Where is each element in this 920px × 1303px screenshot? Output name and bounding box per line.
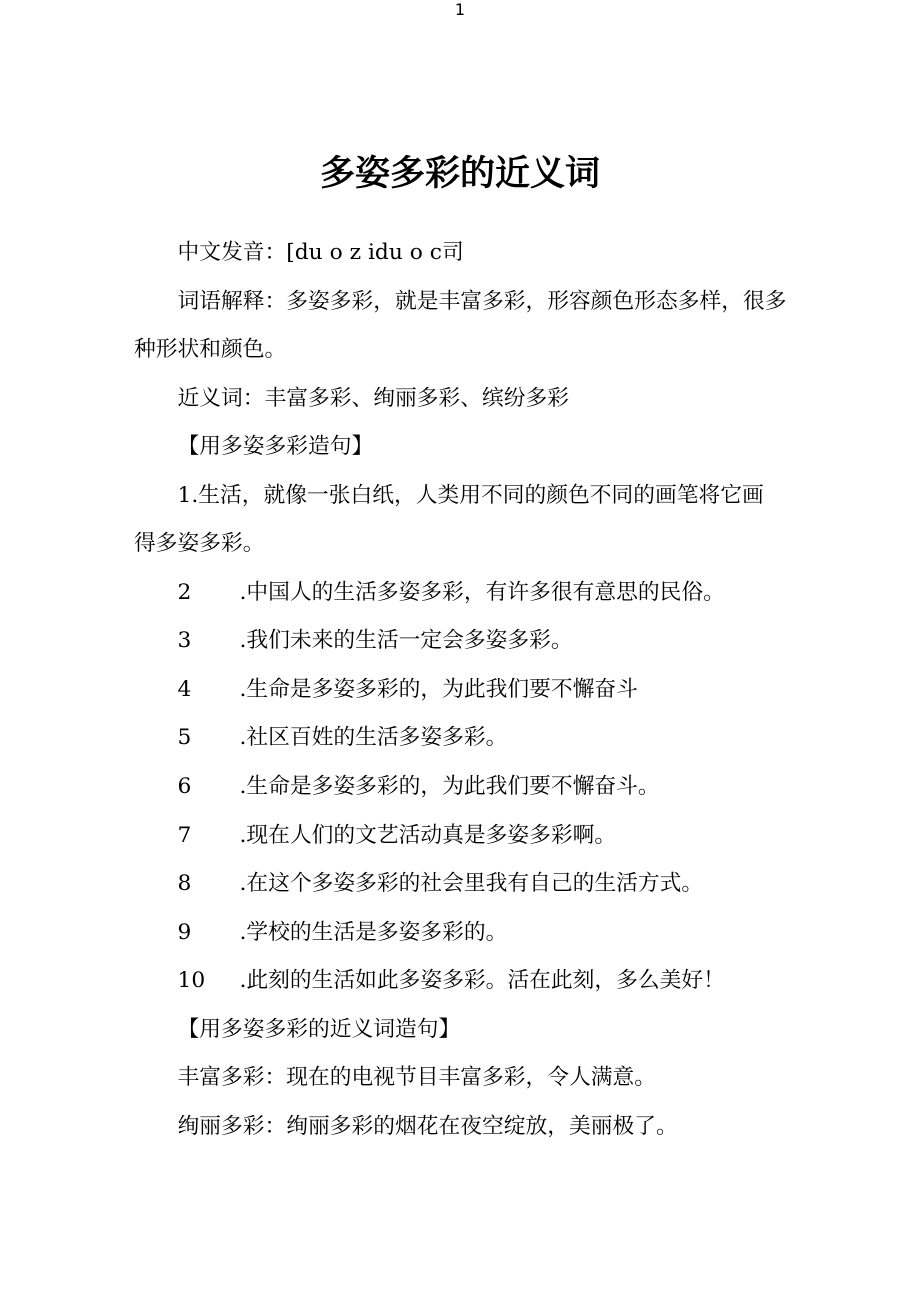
list-item-number: 9 [178, 909, 240, 958]
list-item-1: 1.生活，就像一张白纸，人类用不同的颜色不同的画笔将它画 得多姿多彩。 [134, 472, 788, 569]
document-title: 多姿多彩的近义词 [0, 151, 920, 197]
list-item-text: .社区百姓的生活多姿多彩。 [240, 725, 508, 750]
list-item-10: 10.此刻的生活如此多姿多彩。活在此刻，多么美好！ [134, 957, 788, 1006]
list-item-text: .生命是多姿多彩的，为此我们要不懈奋斗 [240, 677, 638, 702]
list-item-text: .中国人的生活多姿多彩，有许多很有意思的民俗。 [240, 580, 725, 605]
list-item-3: 3.我们未来的生活一定会多姿多彩。 [134, 617, 788, 666]
list-item-5: 5.社区百姓的生活多姿多彩。 [134, 714, 788, 763]
list-item-text: .学校的生活是多姿多彩的。 [240, 920, 508, 945]
list-item-text: .现在人们的文艺活动真是多姿多彩啊。 [240, 823, 617, 848]
paragraph-example-fengfuduocai: 丰富多彩：现在的电视节目丰富多彩，令人满意。 [134, 1054, 788, 1103]
section-header-synonym-sentences: 【用多姿多彩的近义词造句】 [134, 1006, 788, 1055]
list-item-number: 4 [178, 666, 240, 715]
list-item-8: 8.在这个多姿多彩的社会里我有自己的生活方式。 [134, 860, 788, 909]
list-item-text: .生命是多姿多彩的，为此我们要不懈奋斗。 [240, 774, 660, 799]
list-item-number: 5 [178, 714, 240, 763]
page-number: 1 [0, 0, 920, 20]
paragraph-synonyms: 近义词：丰富多彩、绚丽多彩、缤纷多彩 [134, 375, 788, 424]
list-item-text: .我们未来的生活一定会多姿多彩。 [240, 628, 573, 653]
paragraph-definition: 词语解释：多姿多彩，就是丰富多彩，形容颜色形态多样，很多 种形状和颜色。 [134, 278, 788, 375]
list-item-number: 7 [178, 812, 240, 861]
section-header-sentences: 【用多姿多彩造句】 [134, 423, 788, 472]
list-item-number: 10 [178, 957, 240, 1006]
list-item-text: .此刻的生活如此多姿多彩。活在此刻，多么美好！ [240, 968, 725, 993]
list-item-6: 6.生命是多姿多彩的，为此我们要不懈奋斗。 [134, 763, 788, 812]
list-item-number: 6 [178, 763, 240, 812]
paragraph-example-xuanliduocai: 绚丽多彩：绚丽多彩的烟花在夜空绽放，美丽极了。 [134, 1103, 788, 1152]
list-item-text: .在这个多姿多彩的社会里我有自己的生活方式。 [240, 871, 704, 896]
document-page: 1 多姿多彩的近义词 中文发音：[du o z idu o c司 词语解释：多姿… [0, 0, 920, 1303]
list-item-7: 7.现在人们的文艺活动真是多姿多彩啊。 [134, 812, 788, 861]
list-item-4: 4.生命是多姿多彩的，为此我们要不懈奋斗 [134, 666, 788, 715]
list-item-2: 2.中国人的生活多姿多彩，有许多很有意思的民俗。 [134, 569, 788, 618]
document-body: 中文发音：[du o z idu o c司 词语解释：多姿多彩，就是丰富多彩，形… [134, 229, 788, 1151]
list-item-number: 2 [178, 569, 240, 618]
list-item-number: 8 [178, 860, 240, 909]
list-item-9: 9.学校的生活是多姿多彩的。 [134, 909, 788, 958]
list-item-number: 3 [178, 617, 240, 666]
paragraph-pronunciation: 中文发音：[du o z idu o c司 [134, 229, 788, 278]
